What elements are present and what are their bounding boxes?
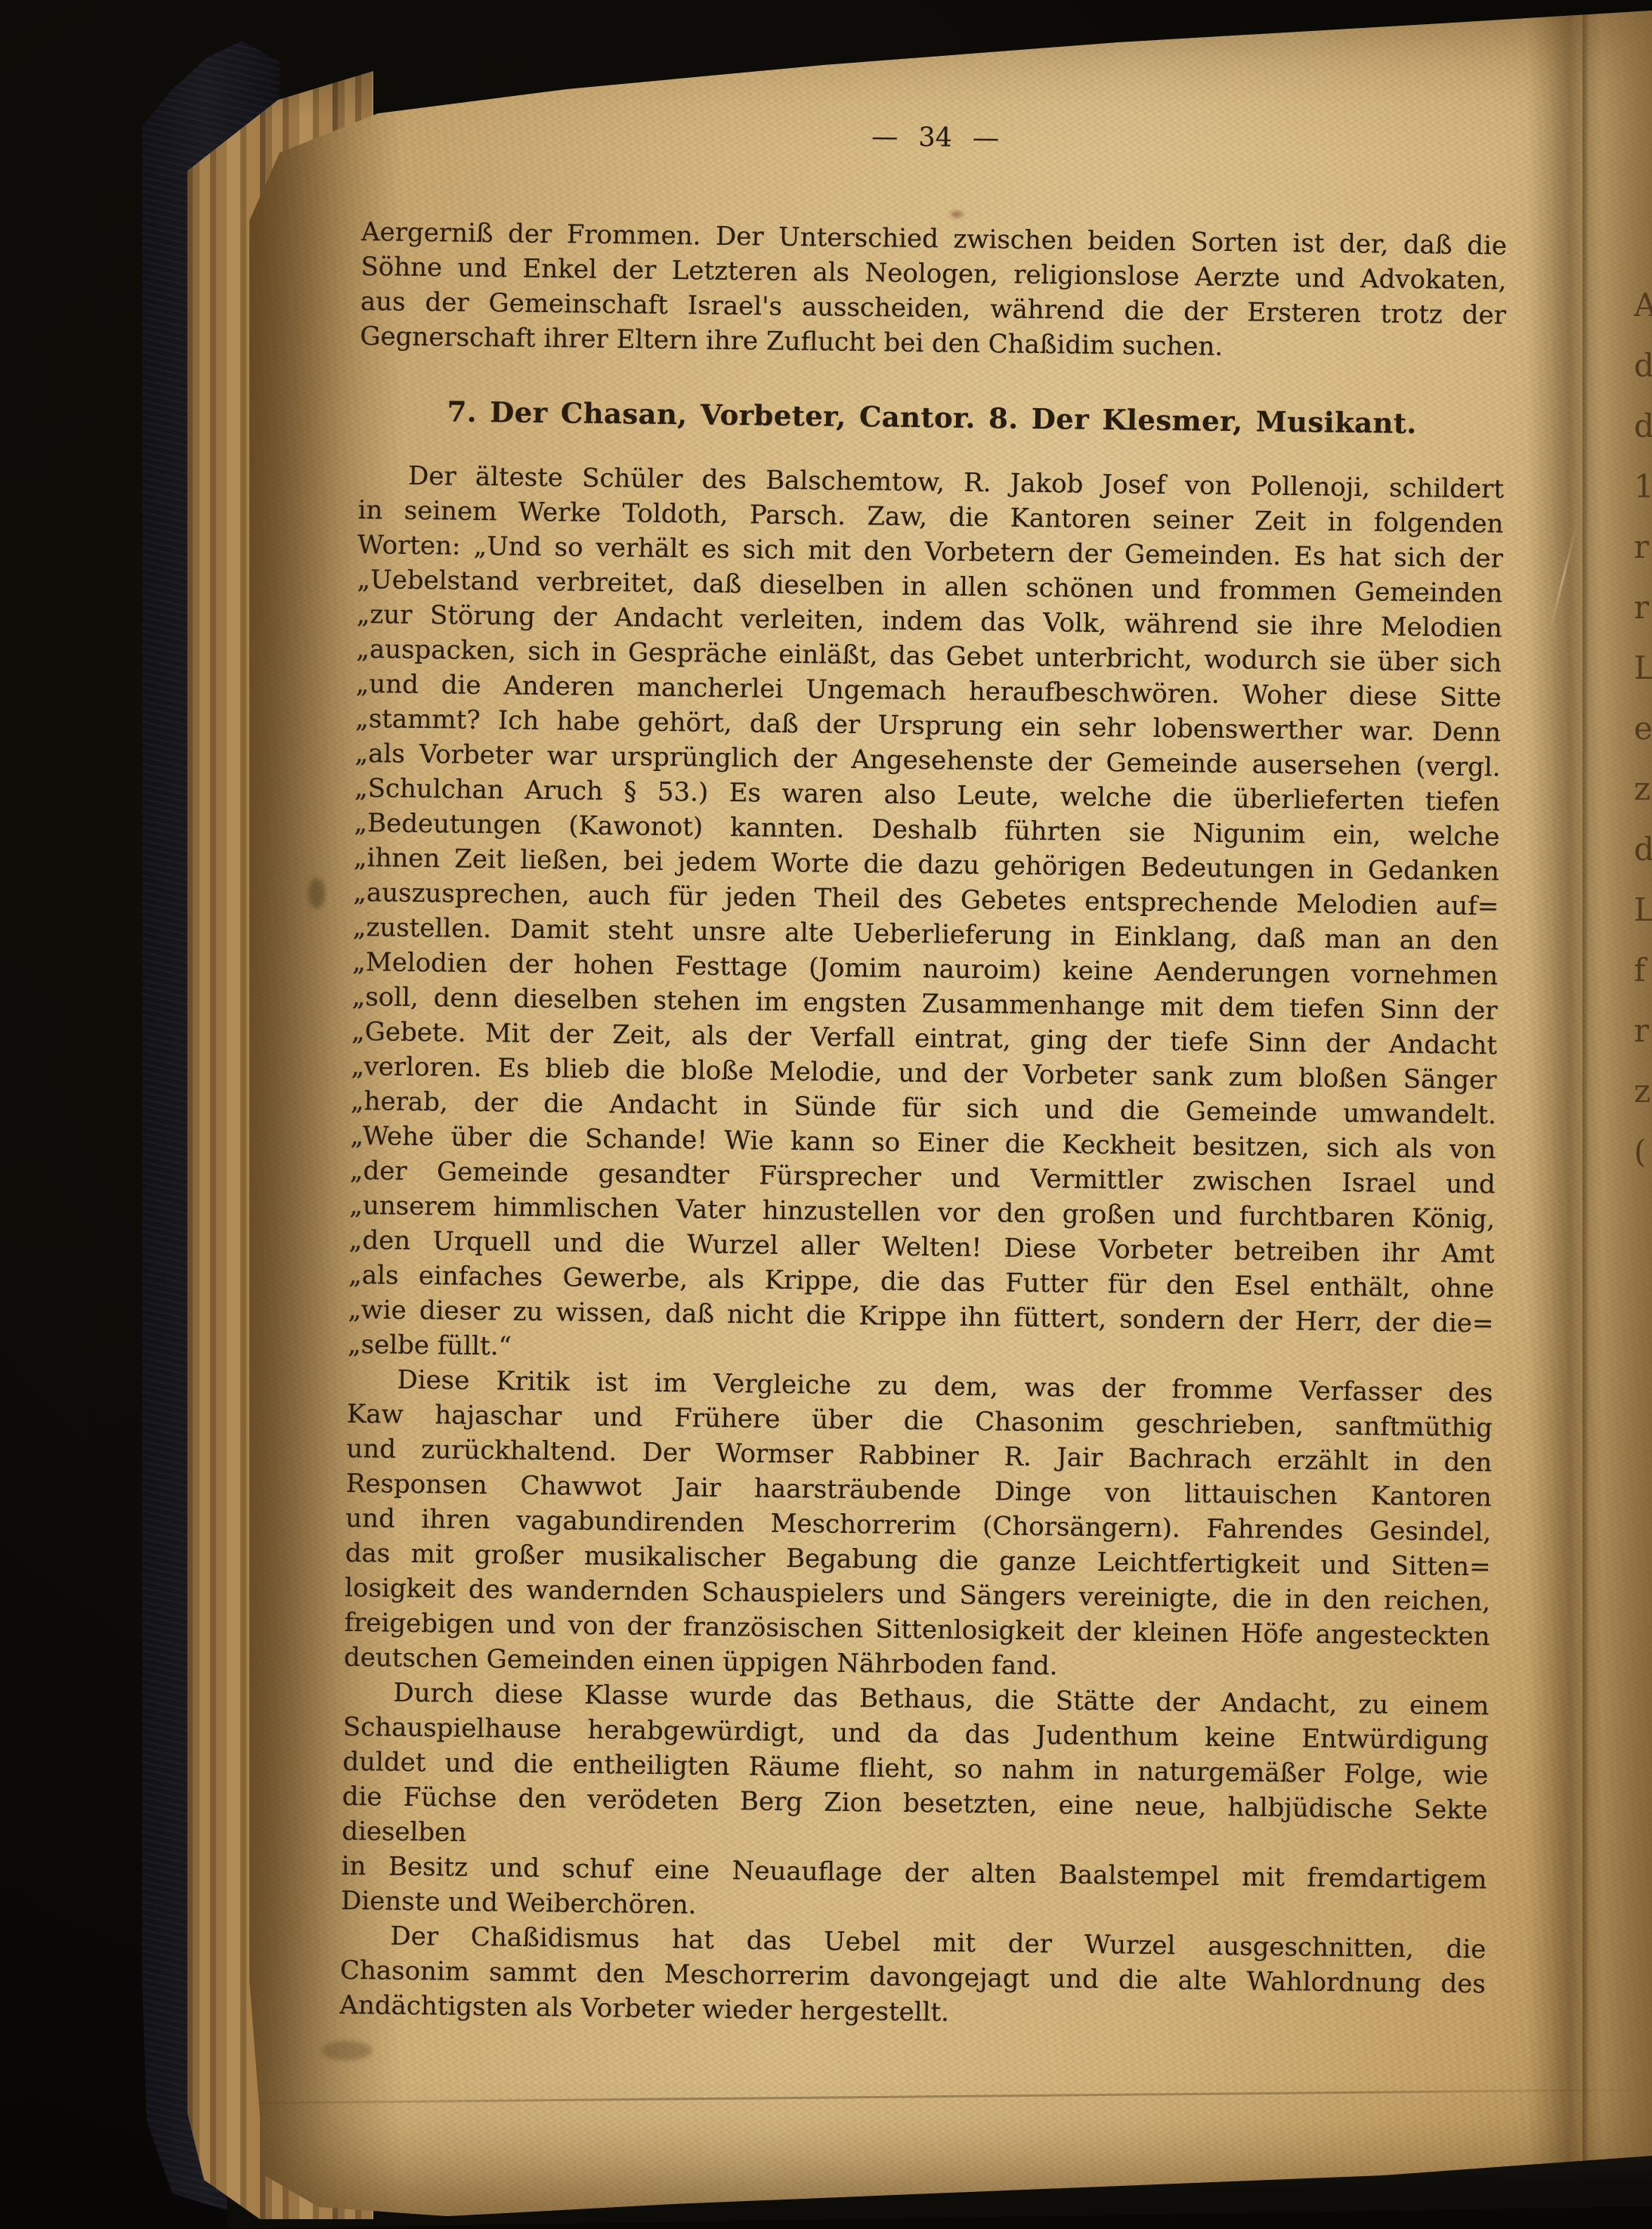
facing-fragment: A <box>1634 289 1652 322</box>
stain <box>322 2041 372 2060</box>
facing-fragment: r <box>1634 531 1652 564</box>
paragraph-5: Der Chaßidismus hat das Uebel mit der Wu… <box>339 1918 1486 2037</box>
facing-fragment: L <box>1634 893 1652 927</box>
facing-fragment: ( <box>1634 1135 1652 1169</box>
facing-fragment: d <box>1634 410 1652 443</box>
facing-fragment: f <box>1634 954 1652 987</box>
bottom-crease <box>249 2088 1652 2104</box>
paragraph-2: Der älteste Schüler des Balschemtow, R. … <box>348 458 1504 1376</box>
facing-fragment: r <box>1634 1014 1652 1048</box>
page-text: — 34 — Aergerniß der Frommen. Der Unters… <box>339 113 1508 2036</box>
page-fold-shadow <box>1528 0 1587 2229</box>
facing-fragment: r <box>1634 591 1652 624</box>
facing-fragment: e <box>1634 712 1652 745</box>
paragraph-1: Aergerniß der Frommen. Der Unterschied z… <box>360 215 1507 368</box>
paragraph-4: Durch diese Klasse wurde das Bethaus, di… <box>341 1675 1490 1932</box>
page-number: — 34 — <box>362 113 1508 163</box>
book-photo: Add1rrLezdLfrz( — 34 — Aergerniß der Fro… <box>0 0 1652 2229</box>
paragraph-3: Diese Kritik ist im Vergleiche zu dem, w… <box>344 1362 1493 1689</box>
facing-page-strip: Add1rrLezdLfrz( <box>1582 0 1652 2229</box>
facing-page-text-fragments: Add1rrLezdLfrz( <box>1634 289 1652 1169</box>
stain <box>308 878 325 909</box>
facing-fragment: L <box>1634 652 1652 685</box>
book-page: Add1rrLezdLfrz( — 34 — Aergerniß der Fro… <box>249 0 1652 2229</box>
facing-fragment: d <box>1634 349 1652 382</box>
scratch-mark <box>1548 523 1578 633</box>
facing-fragment: d <box>1634 833 1652 866</box>
facing-fragment: z <box>1634 772 1652 806</box>
facing-fragment: 1 <box>1634 470 1652 503</box>
facing-fragment: z <box>1634 1075 1652 1108</box>
section-heading: 7. Der Chasan, Vorbeter, Cantor. 8. Der … <box>359 393 1505 442</box>
